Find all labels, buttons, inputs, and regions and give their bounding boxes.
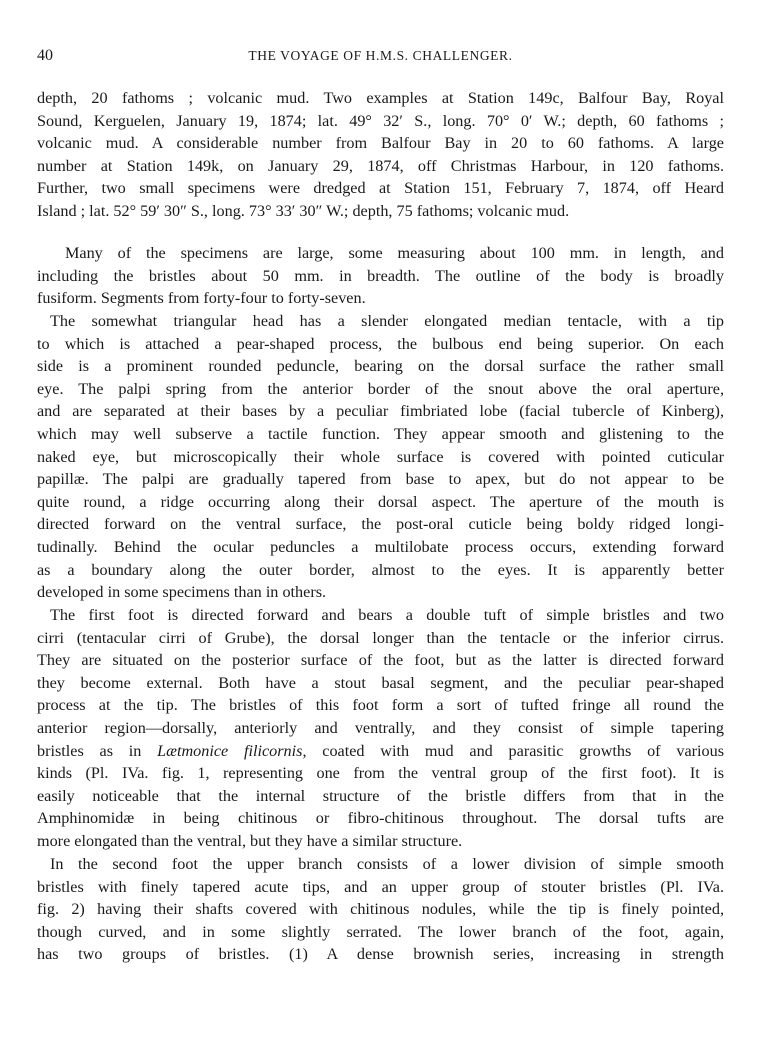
text-line: easily noticeable that the internal stru… bbox=[37, 785, 724, 808]
text-line: side is a prominent rounded peduncle, be… bbox=[37, 355, 724, 378]
text-line: fig. 2) having their shafts covered with… bbox=[37, 898, 724, 921]
text-line: fusiform. Segments from forty-four to fo… bbox=[37, 287, 724, 310]
text-line: Sound, Kerguelen, January 19, 1874; lat.… bbox=[37, 110, 724, 133]
text-line: including the bristles about 50 mm. in b… bbox=[37, 265, 724, 288]
text-line: they become external. Both have a stout … bbox=[37, 672, 724, 695]
text-fragment: bristles as in bbox=[37, 742, 157, 760]
text-line: papillæ. The palpi are gradually tapered… bbox=[37, 468, 724, 491]
running-title: THE VOYAGE OF H.M.S. CHALLENGER. bbox=[37, 48, 724, 64]
text-fragment: , coated with mud and parasitic growths … bbox=[302, 742, 724, 760]
paragraph-head: The somewhat triangular head has a slend… bbox=[37, 310, 724, 604]
text-line: Further, two small specimens were dredge… bbox=[37, 177, 724, 200]
text-line: In the second foot the upper branch cons… bbox=[37, 853, 724, 876]
text-line: directed forward on the ventral surface,… bbox=[37, 513, 724, 536]
text-line: tudinally. Behind the ocular peduncles a… bbox=[37, 536, 724, 559]
text-line: as a boundary along the outer border, al… bbox=[37, 559, 724, 582]
text-line: cirri (tentacular cirri of Grube), the d… bbox=[37, 627, 724, 650]
text-line: has two groups of bristles. (1) A dense … bbox=[37, 943, 724, 966]
paragraph-second-foot: In the second foot the upper branch cons… bbox=[37, 853, 724, 966]
text-line: Amphinomidæ in being chitinous or fibro-… bbox=[37, 807, 724, 830]
paragraph-localities: depth, 20 fathoms ; volcanic mud. Two ex… bbox=[37, 87, 724, 223]
paragraph-first-foot: The first foot is directed forward and b… bbox=[37, 604, 724, 853]
text-line: more elongated than the ventral, but the… bbox=[37, 830, 724, 853]
text-line: depth, 20 fathoms ; volcanic mud. Two ex… bbox=[37, 87, 724, 110]
text-line: quite round, a ridge occurring along the… bbox=[37, 491, 724, 514]
text-line: Many of the specimens are large, some me… bbox=[37, 242, 724, 265]
text-line: though curved, and in some slightly serr… bbox=[37, 921, 724, 944]
text-line: number at Station 149k, on January 29, 1… bbox=[37, 155, 724, 178]
text-line: developed in some specimens than in othe… bbox=[37, 581, 724, 604]
paragraph-size: Many of the specimens are large, some me… bbox=[37, 242, 724, 310]
running-head: 40 THE VOYAGE OF H.M.S. CHALLENGER. bbox=[37, 47, 724, 69]
text-line: eye. The palpi spring from the anterior … bbox=[37, 378, 724, 401]
text-line: The first foot is directed forward and b… bbox=[37, 604, 724, 627]
text-line: The somewhat triangular head has a slend… bbox=[37, 310, 724, 333]
species-name: Lætmonice filicornis bbox=[157, 742, 302, 760]
text-line: bristles with finely tapered acute tips,… bbox=[37, 876, 724, 899]
text-line: They are situated on the posterior surfa… bbox=[37, 649, 724, 672]
text-line: process at the tip. The bristles of this… bbox=[37, 694, 724, 717]
text-line: naked eye, but microscopically their who… bbox=[37, 446, 724, 469]
text-line: and are separated at their bases by a pe… bbox=[37, 400, 724, 423]
text-line: which may well subserve a tactile functi… bbox=[37, 423, 724, 446]
text-line: kinds (Pl. IVa. fig. 1, representing one… bbox=[37, 762, 724, 785]
text-line: to which is attached a pear-shaped proce… bbox=[37, 333, 724, 356]
text-line-with-species: bristles as in Lætmonice filicornis, coa… bbox=[37, 740, 724, 763]
text-line: Island ; lat. 52° 59′ 30″ S., long. 73° … bbox=[37, 200, 724, 223]
text-line: volcanic mud. A considerable number from… bbox=[37, 132, 724, 155]
text-line: anterior region—dorsally, anteriorly and… bbox=[37, 717, 724, 740]
